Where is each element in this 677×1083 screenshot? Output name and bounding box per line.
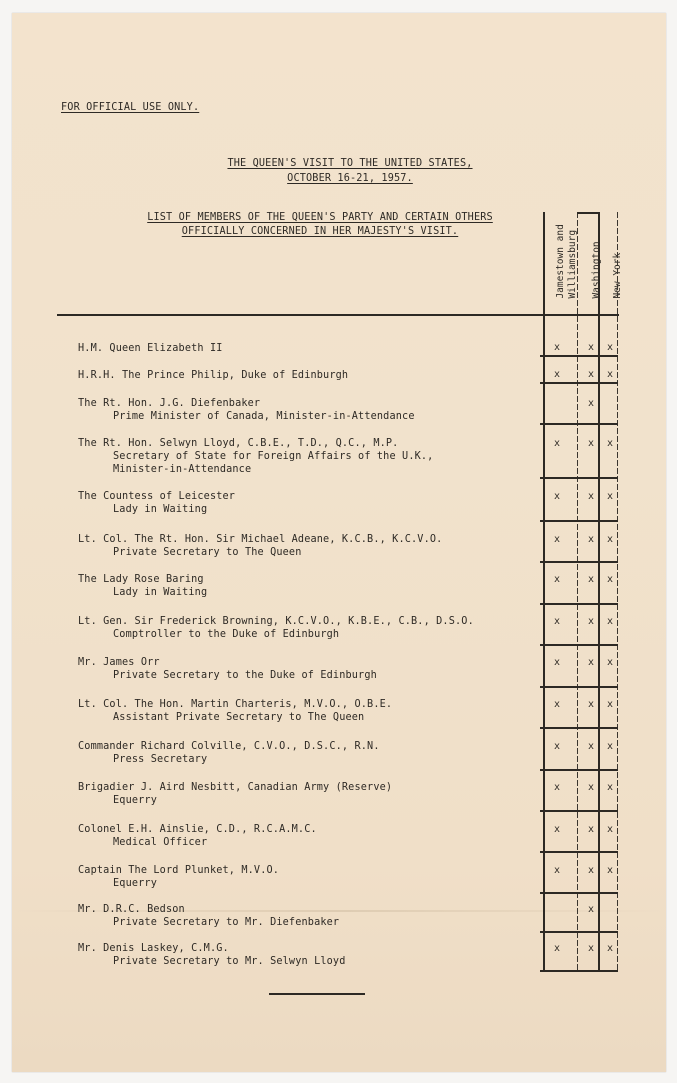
- attendance-mark-jamestown: x: [551, 491, 563, 503]
- attendance-mark-jamestown: x: [551, 699, 563, 711]
- member-name: Mr. D.R.C. Bedson: [78, 903, 185, 916]
- grid-left-border: [543, 212, 545, 972]
- member-role: Assistant Private Secretary to The Queen: [113, 711, 364, 724]
- attendance-mark-jamestown: x: [551, 824, 563, 836]
- grid-divider-1: [577, 212, 578, 972]
- attendance-mark-jamestown: x: [551, 741, 563, 753]
- row-rule: [540, 727, 618, 729]
- member-role: Secretary of State for Foreign Affairs o…: [113, 450, 433, 463]
- attendance-mark-new-york: x: [604, 943, 616, 955]
- row-rule: [540, 520, 618, 522]
- row-rule: [540, 423, 618, 425]
- attendance-mark-new-york: x: [604, 574, 616, 586]
- attendance-mark-new-york: x: [604, 699, 616, 711]
- member-role: Comptroller to the Duke of Edinburgh: [113, 628, 339, 641]
- attendance-mark-new-york: x: [604, 657, 616, 669]
- row-rule: [540, 644, 618, 646]
- grid-divider-2: [598, 212, 600, 972]
- attendance-mark-washington: x: [585, 491, 597, 503]
- attendance-mark-washington: x: [585, 943, 597, 955]
- attendance-mark-washington: x: [585, 574, 597, 586]
- attendance-mark-jamestown: x: [551, 865, 563, 877]
- title-line-2: OCTOBER 16-21, 1957.: [150, 172, 550, 185]
- attendance-mark-jamestown: x: [551, 438, 563, 450]
- attendance-mark-new-york: x: [604, 824, 616, 836]
- member-name: The Rt. Hon. Selwyn Lloyd, C.B.E., T.D.,…: [78, 437, 398, 450]
- row-rule: [540, 970, 618, 972]
- attendance-mark-new-york: x: [604, 616, 616, 628]
- member-name: Lt. Col. The Hon. Martin Charteris, M.V.…: [78, 698, 392, 711]
- attendance-mark-jamestown: x: [551, 782, 563, 794]
- member-role: Medical Officer: [113, 836, 207, 849]
- attendance-mark-new-york: x: [604, 782, 616, 794]
- member-role: Lady in Waiting: [113, 586, 207, 599]
- attendance-mark-washington: x: [585, 342, 597, 354]
- subtitle-line-1: LIST OF MEMBERS OF THE QUEEN'S PARTY AND…: [100, 211, 540, 224]
- attendance-mark-washington: x: [585, 865, 597, 877]
- member-name: Colonel E.H. Ainslie, C.D., R.C.A.M.C.: [78, 823, 317, 836]
- attendance-mark-washington: x: [585, 699, 597, 711]
- attendance-mark-washington: x: [585, 398, 597, 410]
- row-rule: [540, 686, 618, 688]
- attendance-mark-jamestown: x: [551, 616, 563, 628]
- grid-top-rule: [577, 212, 598, 214]
- attendance-mark-washington: x: [585, 534, 597, 546]
- member-role: Lady in Waiting: [113, 503, 207, 516]
- member-name: Captain The Lord Plunket, M.V.O.: [78, 864, 279, 877]
- attendance-mark-new-york: x: [604, 865, 616, 877]
- attendance-mark-washington: x: [585, 904, 597, 916]
- member-role: Prime Minister of Canada, Minister-in-At…: [113, 410, 415, 423]
- member-role: Equerry: [113, 877, 157, 890]
- row-rule: [540, 931, 618, 933]
- classification-label: FOR OFFICIAL USE ONLY.: [61, 101, 199, 114]
- attendance-mark-jamestown: x: [551, 574, 563, 586]
- attendance-mark-new-york: x: [604, 534, 616, 546]
- member-role: Press Secretary: [113, 753, 207, 766]
- attendance-mark-new-york: x: [604, 741, 616, 753]
- end-rule: [269, 993, 365, 995]
- attendance-mark-jamestown: x: [551, 943, 563, 955]
- member-name: Mr. James Orr: [78, 656, 160, 669]
- attendance-mark-washington: x: [585, 616, 597, 628]
- attendance-mark-jamestown: x: [551, 342, 563, 354]
- grid-right-border: [617, 212, 618, 972]
- row-rule: [540, 810, 618, 812]
- member-role: Private Secretary to the Duke of Edinbur…: [113, 669, 377, 682]
- attendance-mark-new-york: x: [604, 491, 616, 503]
- member-name: Brigadier J. Aird Nesbitt, Canadian Army…: [78, 781, 392, 794]
- row-rule: [540, 477, 618, 479]
- attendance-mark-jamestown: x: [551, 534, 563, 546]
- attendance-mark-washington: x: [585, 438, 597, 450]
- member-name: H.M. Queen Elizabeth II: [78, 342, 223, 355]
- attendance-mark-new-york: x: [604, 438, 616, 450]
- member-name: Commander Richard Colville, C.V.O., D.S.…: [78, 740, 380, 753]
- row-rule: [540, 892, 618, 894]
- member-name: Lt. Gen. Sir Frederick Browning, K.C.V.O…: [78, 615, 474, 628]
- member-name: Mr. Denis Laskey, C.M.G.: [78, 942, 229, 955]
- member-name: H.R.H. The Prince Philip, Duke of Edinbu…: [78, 369, 348, 382]
- attendance-mark-washington: x: [585, 657, 597, 669]
- member-name: The Lady Rose Baring: [78, 573, 204, 586]
- column-header-williamsburg: Williamsburg: [558, 212, 578, 310]
- column-header-new-york: New York: [603, 252, 623, 310]
- attendance-mark-washington: x: [585, 824, 597, 836]
- attendance-mark-new-york: x: [604, 342, 616, 354]
- row-rule: [540, 382, 618, 384]
- member-role: Private Secretary to Mr. Selwyn Lloyd: [113, 955, 346, 968]
- member-role: Private Secretary to The Queen: [113, 546, 302, 559]
- attendance-mark-new-york: x: [604, 369, 616, 381]
- row-rule: [540, 851, 618, 853]
- attendance-mark-jamestown: x: [551, 657, 563, 669]
- attendance-mark-washington: x: [585, 369, 597, 381]
- subtitle-line-2: OFFICIALLY CONCERNED IN HER MAJESTY'S VI…: [100, 225, 540, 238]
- row-rule: [540, 769, 618, 771]
- member-name: The Countess of Leicester: [78, 490, 235, 503]
- row-rule: [540, 355, 618, 357]
- row-rule: [540, 561, 618, 563]
- member-name: The Rt. Hon. J.G. Diefenbaker: [78, 397, 260, 410]
- column-header-washington-label: Washington: [591, 241, 602, 298]
- member-role: Minister-in-Attendance: [113, 463, 251, 476]
- attendance-mark-washington: x: [585, 741, 597, 753]
- member-role: Private Secretary to Mr. Diefenbaker: [113, 916, 339, 929]
- title-line-1: THE QUEEN'S VISIT TO THE UNITED STATES,: [150, 157, 550, 170]
- attendance-mark-washington: x: [585, 782, 597, 794]
- header-rule: [57, 314, 619, 316]
- row-rule: [540, 603, 618, 605]
- attendance-mark-jamestown: x: [551, 369, 563, 381]
- member-role: Equerry: [113, 794, 157, 807]
- member-name: Lt. Col. The Rt. Hon. Sir Michael Adeane…: [78, 533, 442, 546]
